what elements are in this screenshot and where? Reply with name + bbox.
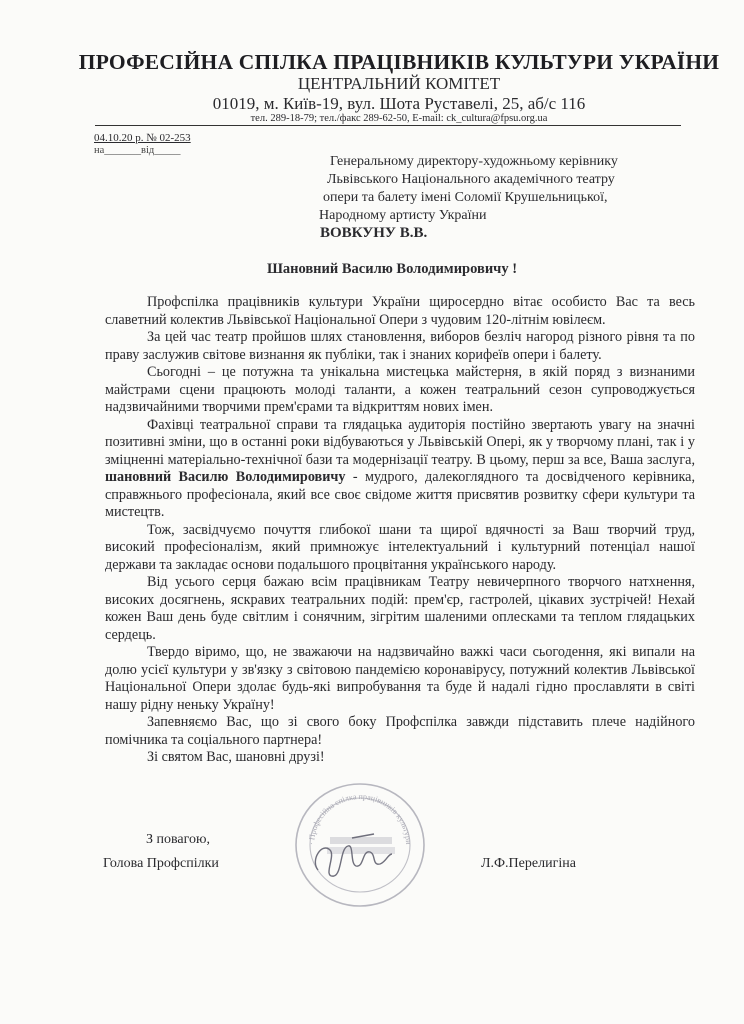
addressee-line: опери та балету імені Соломії Крушельниц… xyxy=(323,189,608,207)
postal-address: 01019, м. Київ-19, вул. Шота Руставелі, … xyxy=(0,94,744,114)
paragraph: Твердо віримо, що, не зважаючи на надзви… xyxy=(105,644,695,714)
paragraph-text: Фахівці театральної справи та глядацька … xyxy=(105,417,695,468)
addressee-name: ВОВКУНУ В.В. xyxy=(320,224,427,242)
svg-text:· Професійна спілка працівникі: · Професійна спілка працівників культури… xyxy=(292,780,413,845)
closing-regards: З повагою, xyxy=(146,832,210,848)
salutation: Шановний Василю Володимировичу ! xyxy=(0,261,744,278)
committee-name: ЦЕНТРАЛЬНИЙ КОМІТЕТ xyxy=(0,74,744,94)
outgoing-number: 04.10.20 р. № 02-253 xyxy=(94,132,191,144)
signatory-position: Голова Профспілки xyxy=(103,856,219,872)
addressee-line: Львівського Національного академічного т… xyxy=(327,171,615,189)
paragraph: Фахівці театральної справи та глядацька … xyxy=(105,417,695,522)
letterhead-divider xyxy=(95,125,681,126)
paragraph: Тож, засвідчуємо почуття глибокої шани т… xyxy=(105,522,695,575)
contact-line: тел. 289-18-79; тел./факс 289-62-50, E-m… xyxy=(0,113,744,124)
organization-title: ПРОФЕСІЙНА СПІЛКА ПРАЦІВНИКІВ КУЛЬТУРИ У… xyxy=(0,50,744,75)
addressee-line: Народному артисту України xyxy=(319,207,487,225)
addressee-line: Генеральному директору-художньому керівн… xyxy=(330,153,618,171)
bold-addressee-name: шановний Василю Володимировичу xyxy=(105,469,346,485)
paragraph: Сьогодні – це потужна та унікальна мисте… xyxy=(105,364,695,417)
paragraph: За цей час театр пройшов шлях становленн… xyxy=(105,329,695,364)
round-seal-stamp-icon: · Професійна спілка працівників культури… xyxy=(292,780,428,910)
paragraph: Зі святом Вас, шановні друзі! xyxy=(105,749,695,767)
paragraph: Запевняємо Вас, що зі свого боку Профспі… xyxy=(105,714,695,749)
paragraph: Від усього серця бажаю всім працівникам … xyxy=(105,574,695,644)
reply-reference: на_______від_____ xyxy=(94,145,181,156)
paragraph: Профспілка працівників культури України … xyxy=(105,294,695,329)
letter-body: Профспілка працівників культури України … xyxy=(105,294,695,767)
signatory-name: Л.Ф.Перелигіна xyxy=(481,856,576,872)
